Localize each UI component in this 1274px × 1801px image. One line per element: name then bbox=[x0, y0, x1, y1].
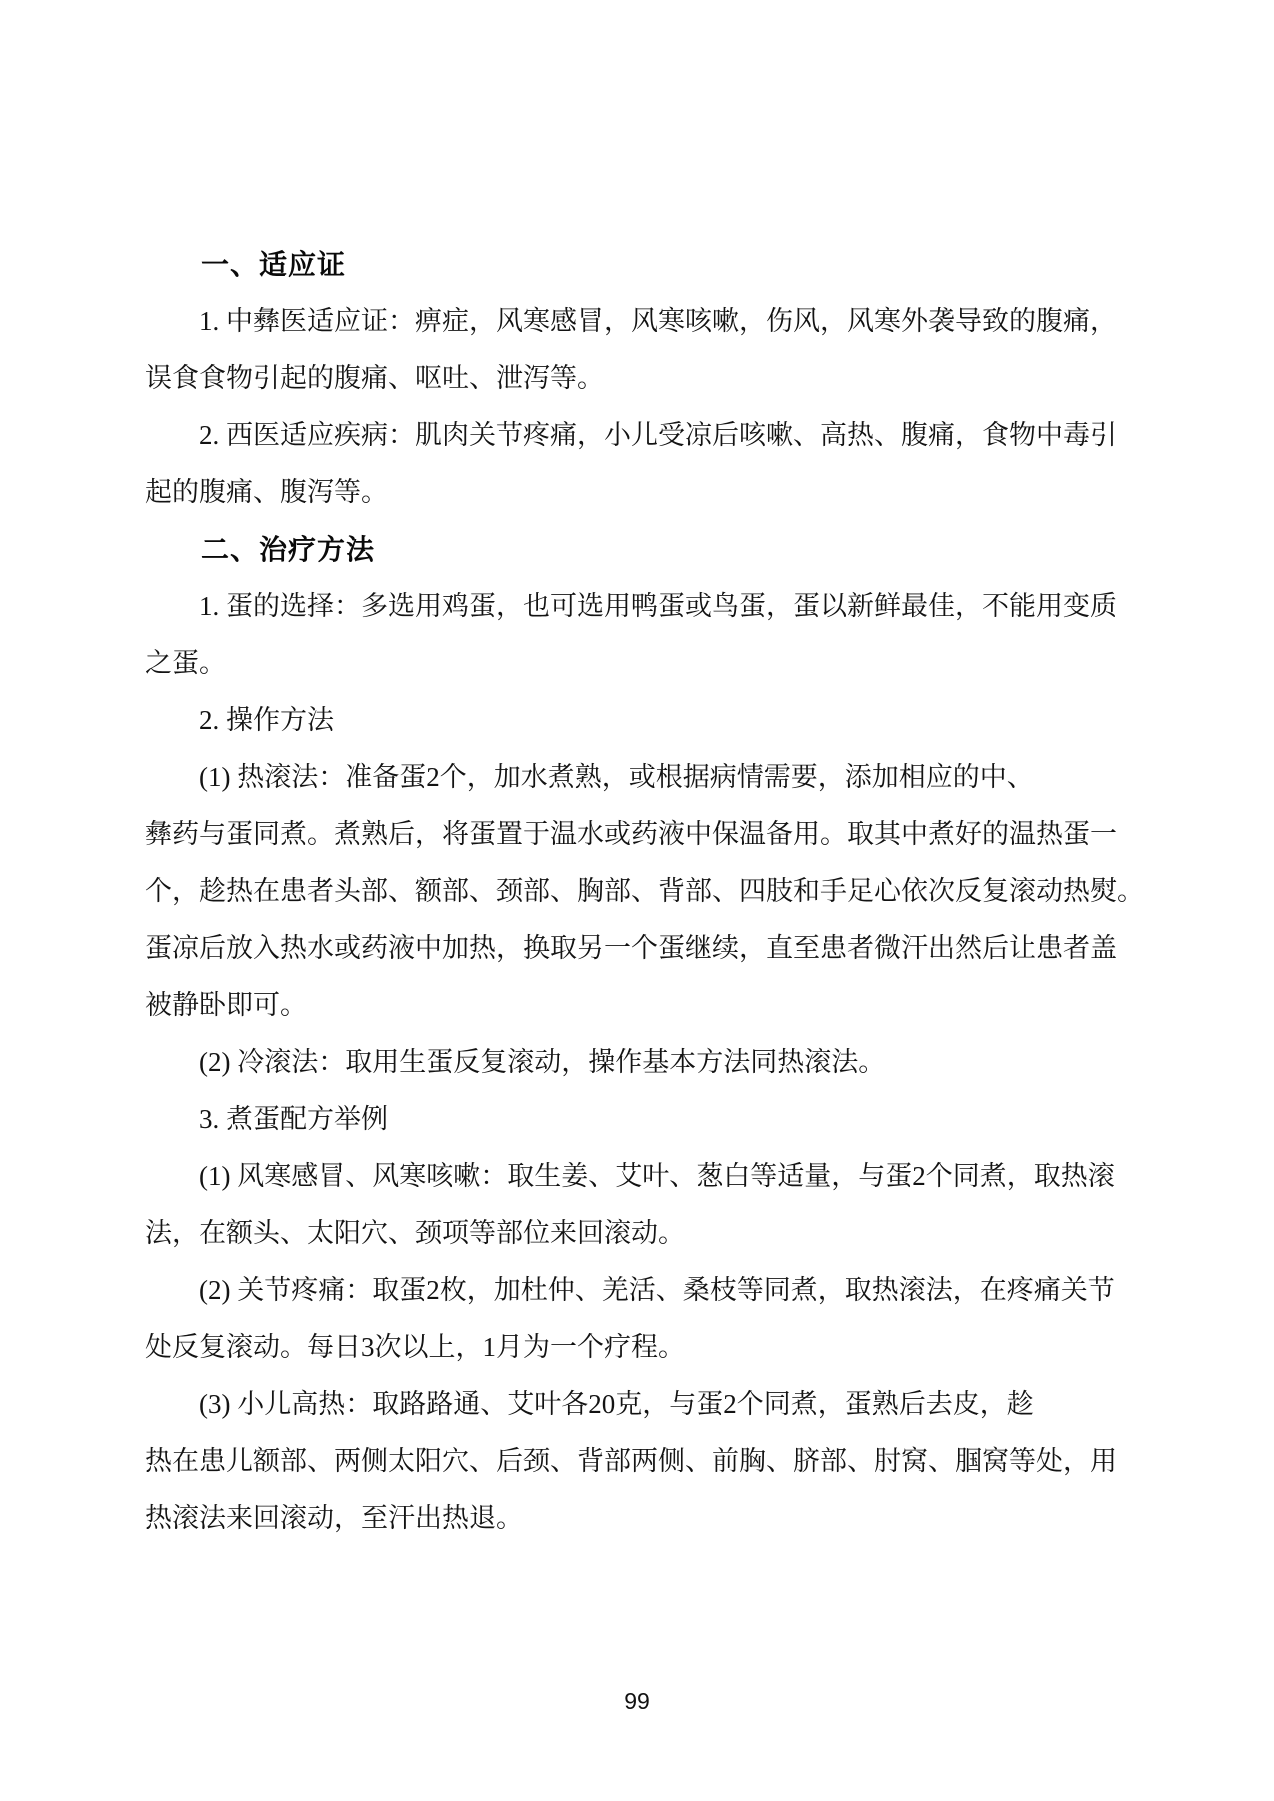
text-line: 个，趁热在患者头部、额部、颈部、胸部、背部、四肢和手足心依次反复滚动热熨。 bbox=[145, 863, 1205, 920]
text-line: 被静卧即可。 bbox=[145, 977, 1205, 1034]
text-line: 2. 西医适应疾病：肌肉关节疼痛，小儿受凉后咳嗽、高热、腹痛，食物中毒引 bbox=[145, 407, 1205, 464]
document-page: { "colors": { "background": "#ffffff", "… bbox=[0, 0, 1274, 1801]
document-body: 一、适应证1. 中彝医适应证：痹症，风寒感冒，风寒咳嗽，伤风，风寒外袭导致的腹痛… bbox=[145, 236, 1205, 1547]
text-line: (2) 关节疼痛：取蛋2枚，加杜仲、羌活、桑枝等同煮，取热滚法，在疼痛关节 bbox=[145, 1262, 1205, 1319]
text-line: 彝药与蛋同煮。煮熟后，将蛋置于温水或药液中保温备用。取其中煮好的温热蛋一 bbox=[145, 806, 1205, 863]
text-line: 1. 蛋的选择：多选用鸡蛋，也可选用鸭蛋或鸟蛋，蛋以新鲜最佳，不能用变质 bbox=[145, 578, 1205, 635]
text-line: 处反复滚动。每日3次以上，1月为一个疗程。 bbox=[145, 1319, 1205, 1376]
text-line: (2) 冷滚法：取用生蛋反复滚动，操作基本方法同热滚法。 bbox=[145, 1034, 1205, 1091]
page-number: 99 bbox=[0, 1686, 1274, 1716]
text-line: 起的腹痛、腹泻等。 bbox=[145, 464, 1205, 521]
text-line: 误食食物引起的腹痛、呕吐、泄泻等。 bbox=[145, 350, 1205, 407]
section-heading: 一、适应证 bbox=[145, 236, 1205, 293]
text-line: (3) 小儿高热：取路路通、艾叶各20克，与蛋2个同煮，蛋熟后去皮，趁 bbox=[145, 1376, 1205, 1433]
text-line: 1. 中彝医适应证：痹症，风寒感冒，风寒咳嗽，伤风，风寒外袭导致的腹痛， bbox=[145, 293, 1205, 350]
section-heading: 二、治疗方法 bbox=[145, 521, 1205, 578]
text-line: 热滚法来回滚动，至汗出热退。 bbox=[145, 1490, 1205, 1547]
text-line: 热在患儿额部、两侧太阳穴、后颈、背部两侧、前胸、脐部、肘窝、腘窝等处，用 bbox=[145, 1433, 1205, 1490]
text-line: 法，在额头、太阳穴、颈项等部位来回滚动。 bbox=[145, 1205, 1205, 1262]
text-line: (1) 热滚法：准备蛋2个，加水煮熟，或根据病情需要，添加相应的中、 bbox=[145, 749, 1205, 806]
text-line: 3. 煮蛋配方举例 bbox=[145, 1091, 1205, 1148]
text-line: 2. 操作方法 bbox=[145, 692, 1205, 749]
text-line: 之蛋。 bbox=[145, 635, 1205, 692]
text-line: (1) 风寒感冒、风寒咳嗽：取生姜、艾叶、葱白等适量，与蛋2个同煮，取热滚 bbox=[145, 1148, 1205, 1205]
text-line: 蛋凉后放入热水或药液中加热，换取另一个蛋继续，直至患者微汗出然后让患者盖 bbox=[145, 920, 1205, 977]
